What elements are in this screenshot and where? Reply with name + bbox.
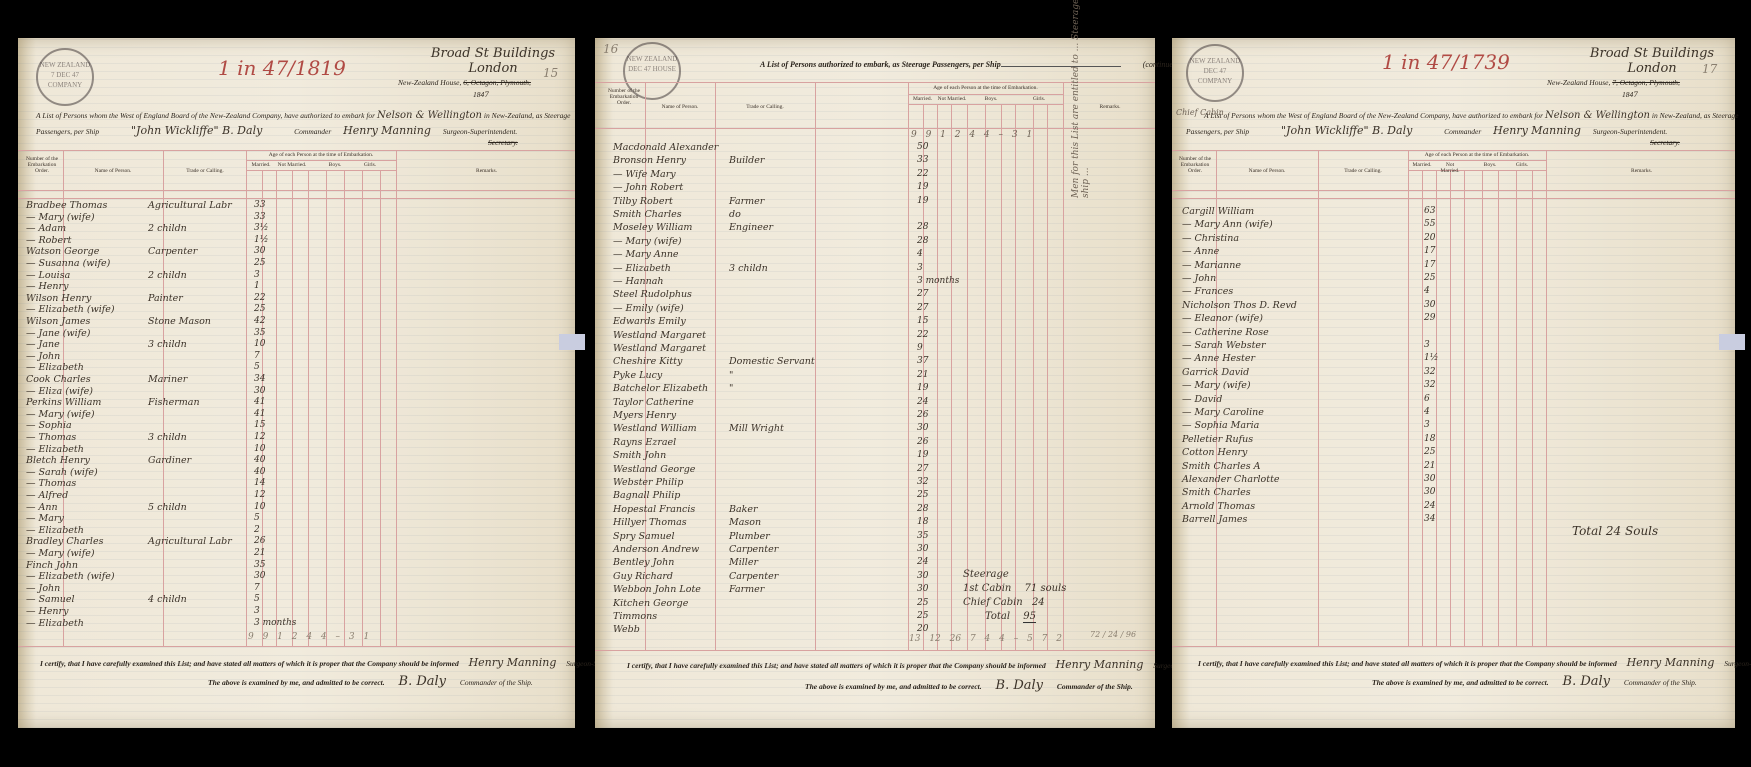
passenger-age: 30 xyxy=(1424,300,1435,310)
table-row: — Frances4 xyxy=(1172,286,1546,300)
certify-statement: I certify, that I have carefully examine… xyxy=(1198,656,1751,669)
column-totals: 13 12 26 7 4 4 – 5 7 2 xyxy=(909,634,1062,644)
passenger-name: Westland William xyxy=(613,423,697,434)
passenger-name: Garrick David xyxy=(1182,367,1249,378)
passenger-name: — Robert xyxy=(26,235,71,246)
trade-or-calling: Agricultural Labr xyxy=(148,200,232,211)
header-married: Married. xyxy=(908,96,937,102)
header-boys: Boys. xyxy=(967,96,1015,102)
header-age-group: Age of each Person at the time of Embark… xyxy=(1408,152,1546,158)
total-souls-note: Total 24 Souls xyxy=(1572,524,1658,538)
passenger-name: Webster Philip xyxy=(613,477,683,488)
table-row: Westland George27 xyxy=(595,464,1063,478)
passenger-age: 19 xyxy=(917,383,928,393)
passenger-name: — Elizabeth xyxy=(613,263,671,274)
secretary-label: Secretary. xyxy=(488,138,518,147)
year: 1847 xyxy=(1622,90,1638,99)
passenger-age: 27 xyxy=(917,303,928,313)
trade-or-calling: 3 childn xyxy=(148,432,187,443)
passenger-name: — Elizabeth xyxy=(26,362,84,373)
passenger-age: 30 xyxy=(917,571,928,581)
passenger-name: Pyke Lucy xyxy=(613,370,662,381)
trade-or-calling: " xyxy=(729,383,733,394)
passenger-name: — Elizabeth xyxy=(26,444,84,455)
passenger-age: 4 xyxy=(1424,286,1430,296)
header-name: Name of Person. xyxy=(1216,168,1318,174)
trade-or-calling: Gardiner xyxy=(148,455,191,466)
passenger-name: — Mary xyxy=(26,513,64,524)
passenger-age: 3 xyxy=(254,270,260,280)
cabin-summary: Steerage 1st Cabin 71 souls Chief Cabin … xyxy=(963,568,1066,624)
passenger-age: 19 xyxy=(917,196,928,206)
page-tab-marker xyxy=(559,334,585,350)
header-name: Name of Person. xyxy=(645,104,715,110)
table-row: Smith Charlesdo xyxy=(595,209,1063,223)
passenger-age: 27 xyxy=(917,289,928,299)
passenger-age: 37 xyxy=(917,356,928,366)
passenger-age: 28 xyxy=(917,236,928,246)
passenger-age: 4 xyxy=(917,249,923,259)
table-row: — Christina20 xyxy=(1172,233,1546,247)
passenger-age: 22 xyxy=(917,169,928,179)
table-row: Smith Charles30 xyxy=(1172,487,1546,501)
table-row: — David6 xyxy=(1172,394,1546,408)
passenger-name: — Sarah (wife) xyxy=(26,467,98,478)
passenger-age: 30 xyxy=(1424,474,1435,484)
passenger-name: — Adam xyxy=(26,223,66,234)
passenger-name: Hopestal Francis xyxy=(613,504,695,515)
passenger-name: — Louisa xyxy=(26,270,70,281)
passenger-age: 28 xyxy=(917,222,928,232)
passenger-age: 1½ xyxy=(254,235,268,245)
table-row: Anderson AndrewCarpenter30 xyxy=(595,544,1063,558)
company-stamp: NEW ZEALAND DEC 47 COMPANY xyxy=(1186,44,1244,102)
carried-forward-totals: 9 9 1 2 4 4 – 3 1 xyxy=(911,130,1032,140)
passenger-age: 28 xyxy=(917,504,928,514)
table-row: Cargill William63 xyxy=(1172,206,1546,220)
passenger-name: — Christina xyxy=(1182,233,1239,244)
passenger-name: Myers Henry xyxy=(613,410,676,421)
passenger-age: 25 xyxy=(1424,273,1435,283)
passenger-age: 35 xyxy=(254,560,265,570)
passenger-age: 34 xyxy=(254,374,265,384)
passenger-name: — John Robert xyxy=(613,182,683,193)
passenger-name: Smith Charles A xyxy=(1182,461,1261,472)
page-number: 15 xyxy=(543,66,558,80)
passenger-age: 33 xyxy=(254,200,265,210)
table-row: — Mary Ann (wife)55 xyxy=(1172,219,1546,233)
trade-or-calling: Miller xyxy=(729,557,758,568)
ledger-page-2: 16 NEW ZEALAND DEC 47 HOUSE A List of Pe… xyxy=(595,38,1155,728)
passenger-age: 3½ xyxy=(254,223,268,233)
passenger-name: — Mary (wife) xyxy=(1182,380,1251,391)
passenger-name: — Mary Caroline xyxy=(1182,407,1264,418)
passenger-age: 29 xyxy=(1424,313,1435,323)
passenger-name: — Ann xyxy=(26,502,58,513)
passenger-age: 1½ xyxy=(1424,353,1438,363)
passenger-name: Kitchen George xyxy=(613,598,688,609)
passenger-age: 10 xyxy=(254,339,265,349)
trade-or-calling: 5 childn xyxy=(148,502,187,513)
passenger-name: Perkins William xyxy=(26,397,101,408)
intro-line: A List of Persons whom the West of Engla… xyxy=(1204,110,1739,121)
passenger-name: — John xyxy=(26,583,60,594)
table-row: Edwards Emily15 xyxy=(595,316,1063,330)
table-row: — Elizabeth3 childn3 xyxy=(595,263,1063,277)
header-embarkation-order: Number of the Embarkation Order. xyxy=(1174,156,1216,174)
table-row: Nicholson Thos D. Revd30 xyxy=(1172,300,1546,314)
passenger-name: Wilson James xyxy=(26,316,90,327)
page-tab-marker xyxy=(1719,334,1745,350)
table-row: — Anne17 xyxy=(1172,246,1546,260)
passenger-age: 30 xyxy=(917,584,928,594)
passenger-name: Bradbee Thomas xyxy=(26,200,107,211)
company-stamp: NEW ZEALAND 7 DEC 47 COMPANY xyxy=(36,48,94,106)
passenger-age: 3 months xyxy=(254,618,296,628)
table-row: Tilby RobertFarmer19 xyxy=(595,196,1063,210)
passenger-name: — Henry xyxy=(26,606,68,617)
intro-line: A List of Persons whom the West of Engla… xyxy=(36,110,571,121)
certify-statement: I certify, that I have carefully examine… xyxy=(627,658,1228,671)
passenger-age: 3 xyxy=(254,606,260,616)
passenger-age: 19 xyxy=(917,450,928,460)
passenger-name: Bronson Henry xyxy=(613,155,686,166)
table-row: Westland WilliamMill Wright30 xyxy=(595,423,1063,437)
table-row: — Sarah Webster3 xyxy=(1172,340,1546,354)
trade-or-calling: Baker xyxy=(729,504,758,515)
header-not-married: Not Married. xyxy=(1436,162,1464,174)
passenger-name: — Wife Mary xyxy=(613,169,676,180)
passenger-age: 24 xyxy=(917,557,928,567)
table-row: Spry SamuelPlumber35 xyxy=(595,531,1063,545)
passenger-age: 17 xyxy=(1424,260,1435,270)
table-row: Westland Margaret22 xyxy=(595,330,1063,344)
table-row: Westland Margaret9 xyxy=(595,343,1063,357)
header-girls: Girls. xyxy=(344,162,396,168)
passenger-age: 3 xyxy=(917,263,923,273)
passenger-age: 7 xyxy=(254,583,260,593)
passenger-name: Timmons xyxy=(613,611,657,622)
passenger-age: 25 xyxy=(917,611,928,621)
table-row: — Anne Hester1½ xyxy=(1172,353,1546,367)
trade-or-calling: 2 childn xyxy=(148,270,187,281)
table-row: Bronson HenryBuilder33 xyxy=(595,155,1063,169)
passenger-age: 15 xyxy=(254,420,265,430)
header-not-married: Not Married. xyxy=(276,162,308,168)
passenger-age: 24 xyxy=(1424,501,1435,511)
passenger-age: 26 xyxy=(917,410,928,420)
address-printed: New-Zealand House, 7, Octagon, Plymouth, xyxy=(1547,78,1680,87)
ledger-page-1: NEW ZEALAND 7 DEC 47 COMPANY 1 in 47/181… xyxy=(18,38,575,728)
trade-or-calling: Farmer xyxy=(729,196,764,207)
passenger-age: 18 xyxy=(917,517,928,527)
passenger-name: Smith Charles xyxy=(1182,487,1251,498)
passenger-age: 26 xyxy=(254,536,265,546)
header-trade: Trade or Calling. xyxy=(164,168,246,174)
passenger-age: 22 xyxy=(917,330,928,340)
trade-or-calling: Mason xyxy=(729,517,761,528)
ship-line: Passengers, per Ship "John Wickliffe" B.… xyxy=(36,124,517,137)
passenger-name: Pelletier Rufus xyxy=(1182,434,1253,445)
passenger-age: 5 xyxy=(254,362,260,372)
passenger-age: 9 xyxy=(917,343,923,353)
trade-or-calling: Mill Wright xyxy=(729,423,784,434)
ship-line: Passengers, per Ship "John Wickliffe" B.… xyxy=(1186,124,1667,137)
passenger-age: 30 xyxy=(254,386,265,396)
header-girls: Girls. xyxy=(1015,96,1063,102)
passenger-name: Alexander Charlotte xyxy=(1182,474,1280,485)
passenger-age: 42 xyxy=(254,316,265,326)
table-row: Barrell James34 xyxy=(1172,514,1546,528)
passenger-age: 20 xyxy=(1424,233,1435,243)
passenger-name: Smith Charles xyxy=(613,209,682,220)
header-trade: Trade or Calling. xyxy=(715,104,815,110)
header-age-group: Age of each Person at the time of Embark… xyxy=(246,152,396,158)
passenger-name: — David xyxy=(1182,394,1222,405)
table-row: — Sophia Maria3 xyxy=(1172,420,1546,434)
passenger-name: — Anne Hester xyxy=(1182,353,1255,364)
table-row: Taylor Catherine24 xyxy=(595,397,1063,411)
passenger-name: Barrell James xyxy=(1182,514,1247,525)
passenger-name: Edwards Emily xyxy=(613,316,686,327)
trade-or-calling: Fisherman xyxy=(148,397,200,408)
table-row: Cheshire KittyDomestic Servant37 xyxy=(595,356,1063,370)
passenger-age: 32 xyxy=(917,477,928,487)
header-remarks: Remarks. xyxy=(398,168,575,174)
table-row: Alexander Charlotte30 xyxy=(1172,474,1546,488)
passenger-age: 55 xyxy=(1424,219,1435,229)
address-printed: New-Zealand House, 6, Octagon, Plymouth, xyxy=(398,78,531,87)
passenger-age: 25 xyxy=(254,258,265,268)
passenger-age: 34 xyxy=(1424,514,1435,524)
table-row: — Wife Mary22 xyxy=(595,169,1063,183)
header-remarks: Remarks. xyxy=(1548,168,1735,174)
header-not-married: Not Married. xyxy=(937,96,967,102)
passenger-age: 33 xyxy=(254,212,265,222)
red-reference-number: 1 in 47/1739 xyxy=(1382,50,1510,74)
passenger-name: Smith John xyxy=(613,450,666,461)
passenger-age: 30 xyxy=(254,246,265,256)
year: 1847 xyxy=(473,90,489,99)
table-row: Macdonald Alexander50 xyxy=(595,142,1063,156)
passenger-age: 26 xyxy=(917,437,928,447)
passenger-name: — Sarah Webster xyxy=(1182,340,1266,351)
passenger-age: 21 xyxy=(917,370,928,380)
passenger-name: Westland Margaret xyxy=(613,343,706,354)
header-married: Married. xyxy=(246,162,276,168)
passenger-age: 2 xyxy=(254,525,260,535)
passenger-age: 25 xyxy=(917,490,928,500)
passenger-name: Rayns Ezrael xyxy=(613,437,676,448)
page-number: 16 xyxy=(603,42,618,56)
passenger-name: — Eleanor (wife) xyxy=(1182,313,1263,324)
passenger-name: — Susanna (wife) xyxy=(26,258,110,269)
table-row: — Mary (wife)32 xyxy=(1172,380,1546,394)
margin-note: Men for this List are entitled to ... St… xyxy=(1071,0,1091,198)
trade-or-calling: 3 childn xyxy=(148,339,187,350)
red-reference-number: 1 in 47/1819 xyxy=(218,56,346,80)
passenger-name: Webb xyxy=(613,624,640,635)
passenger-name: — John xyxy=(26,351,60,362)
table-row: Steel Rudolphus27 xyxy=(595,289,1063,303)
passenger-age: 4 xyxy=(1424,407,1430,417)
address-handwritten: Broad St Buildings London xyxy=(428,46,558,76)
passenger-name: — Frances xyxy=(1182,286,1233,297)
table-row: Arnold Thomas24 xyxy=(1172,501,1546,515)
trade-or-calling: do xyxy=(729,209,741,220)
trade-or-calling: Stone Mason xyxy=(148,316,211,327)
trade-or-calling: Carpenter xyxy=(729,544,778,555)
examined-statement: The above is examined by me, and admitte… xyxy=(208,674,533,689)
passenger-age: 12 xyxy=(254,490,265,500)
passenger-name: Spry Samuel xyxy=(613,531,674,542)
passenger-name: — Eliza (wife) xyxy=(26,386,93,397)
passenger-name: Anderson Andrew xyxy=(613,544,699,555)
passenger-name: Cargill William xyxy=(1182,206,1254,217)
ledger-page-3: NEW ZEALAND DEC 47 COMPANY 1 in 47/1739 … xyxy=(1172,38,1735,728)
passenger-age: 3 xyxy=(1424,420,1430,430)
passenger-name: Watson George xyxy=(26,246,99,257)
trade-or-calling: Plumber xyxy=(729,531,770,542)
passenger-name: — Catherine Rose xyxy=(1182,327,1269,338)
header-age-group: Age of each Person at the time of Embark… xyxy=(908,85,1063,91)
examined-statement: The above is examined by me, and admitte… xyxy=(1372,674,1697,689)
passenger-age: 15 xyxy=(917,316,928,326)
passenger-name: — Sophia xyxy=(26,420,72,431)
passenger-age: 32 xyxy=(1424,380,1435,390)
passenger-age: 1 xyxy=(254,281,260,291)
table-row: Cotton Henry25 xyxy=(1172,447,1546,461)
passenger-age: 41 xyxy=(254,397,265,407)
passenger-age: 24 xyxy=(917,397,928,407)
passenger-name: Westland George xyxy=(613,464,695,475)
passenger-name: — Mary Ann (wife) xyxy=(1182,219,1273,230)
passenger-name: Moseley William xyxy=(613,222,692,233)
header-trade: Trade or Calling. xyxy=(1318,168,1408,174)
passenger-name: — Mary (wife) xyxy=(26,212,95,223)
passenger-name: — Elizabeth xyxy=(26,525,84,536)
table-row: — John Robert19 xyxy=(595,182,1063,196)
passenger-name: — Jane (wife) xyxy=(26,328,90,339)
passenger-age: 30 xyxy=(1424,487,1435,497)
continued-title: A List of Persons authorized to embark, … xyxy=(760,60,1180,69)
header-embarkation-order: Number of the Embarkation Order. xyxy=(22,156,62,174)
table-row: — Mary Anne4 xyxy=(595,249,1063,263)
table-row: Pelletier Rufus18 xyxy=(1172,434,1546,448)
passenger-age: 35 xyxy=(917,531,928,541)
passenger-age: 40 xyxy=(254,467,265,477)
passenger-name: Cotton Henry xyxy=(1182,447,1247,458)
page-number: 17 xyxy=(1702,62,1717,76)
trade-or-calling: Engineer xyxy=(729,222,773,233)
trade-or-calling: Painter xyxy=(148,293,183,304)
passenger-age: 14 xyxy=(254,478,265,488)
passenger-name: Tilby Robert xyxy=(613,196,673,207)
passenger-name: Cook Charles xyxy=(26,374,91,385)
passenger-name: — Henry xyxy=(26,281,68,292)
examined-statement: The above is examined by me, and admitte… xyxy=(805,678,1133,693)
passenger-name: — Elizabeth (wife) xyxy=(26,571,115,582)
column-totals: 9 9 1 2 4 4 – 3 1 xyxy=(248,632,369,642)
passenger-name: — Emily (wife) xyxy=(613,303,684,314)
trade-or-calling: Farmer xyxy=(729,584,764,595)
trade-or-calling: 4 childn xyxy=(148,594,187,605)
table-row: — Mary Caroline4 xyxy=(1172,407,1546,421)
passenger-name: — Sophia Maria xyxy=(1182,420,1259,431)
table-row: Hillyer ThomasMason18 xyxy=(595,517,1063,531)
passenger-age: 3 months xyxy=(917,276,959,286)
table-row: Smith Charles A21 xyxy=(1172,461,1546,475)
secretary-label: Secretary. xyxy=(1650,138,1680,147)
header-embarkation-order: Number of the Embarkation Order. xyxy=(603,88,645,106)
table-row: — Emily (wife)27 xyxy=(595,303,1063,317)
table-row: — John25 xyxy=(1172,273,1546,287)
passenger-age: 27 xyxy=(917,464,928,474)
passenger-age: 63 xyxy=(1424,206,1435,216)
passenger-age: 12 xyxy=(254,432,265,442)
passenger-age: 22 xyxy=(254,293,265,303)
passenger-name: Bletch Henry xyxy=(26,455,90,466)
passenger-age: 10 xyxy=(254,444,265,454)
table-row: Garrick David32 xyxy=(1172,367,1546,381)
table-row: — Mary (wife)28 xyxy=(595,236,1063,250)
passenger-name: Bradley Charles xyxy=(26,536,103,547)
trade-or-calling: 3 childn xyxy=(729,263,768,274)
passenger-name: Steel Rudolphus xyxy=(613,289,692,300)
table-row: — Elizabeth3 months xyxy=(18,618,396,632)
header-name: Name of Person. xyxy=(64,168,162,174)
passenger-age: 33 xyxy=(917,155,928,165)
passenger-name: — Mary (wife) xyxy=(613,236,682,247)
passenger-name: Nicholson Thos D. Revd xyxy=(1182,300,1297,311)
passenger-name: — Mary (wife) xyxy=(26,409,95,420)
passenger-name: Cheshire Kitty xyxy=(613,356,682,367)
table-row: Webster Philip32 xyxy=(595,477,1063,491)
trade-or-calling: " xyxy=(729,370,733,381)
table-row: Smith John19 xyxy=(595,450,1063,464)
header-girls: Girls. xyxy=(1498,162,1546,168)
passenger-name: Taylor Catherine xyxy=(613,397,694,408)
trade-or-calling: Agricultural Labr xyxy=(148,536,232,547)
passenger-name: Guy Richard xyxy=(613,571,673,582)
passenger-name: — Mary Anne xyxy=(613,249,679,260)
passenger-name: — Samuel xyxy=(26,594,74,605)
header-married: Married. xyxy=(1408,162,1436,168)
passenger-name: Macdonald Alexander xyxy=(613,142,718,153)
passenger-name: — Hannah xyxy=(613,276,664,287)
table-row: Pyke Lucy"21 xyxy=(595,370,1063,384)
passenger-name: — Thomas xyxy=(26,478,76,489)
passenger-name: — John xyxy=(1182,273,1216,284)
passenger-age: 7 xyxy=(254,351,260,361)
passenger-age: 18 xyxy=(1424,434,1435,444)
table-row: Moseley WilliamEngineer28 xyxy=(595,222,1063,236)
table-row: Batchelor Elizabeth"19 xyxy=(595,383,1063,397)
table-row: Rayns Ezrael26 xyxy=(595,437,1063,451)
passenger-age: 6 xyxy=(1424,394,1430,404)
passenger-name: — Alfred xyxy=(26,490,68,501)
grand-totals: 72 / 24 / 96 xyxy=(1090,630,1136,639)
passenger-name: — Elizabeth (wife) xyxy=(26,304,115,315)
passenger-age: 25 xyxy=(254,304,265,314)
passenger-name: — Thomas xyxy=(26,432,76,443)
passenger-age: 21 xyxy=(1424,461,1435,471)
passenger-age: 3 xyxy=(1424,340,1430,350)
passenger-name: — Marianne xyxy=(1182,260,1241,271)
passenger-age: 30 xyxy=(917,544,928,554)
passenger-age: 40 xyxy=(254,455,265,465)
passenger-name: — Anne xyxy=(1182,246,1219,257)
